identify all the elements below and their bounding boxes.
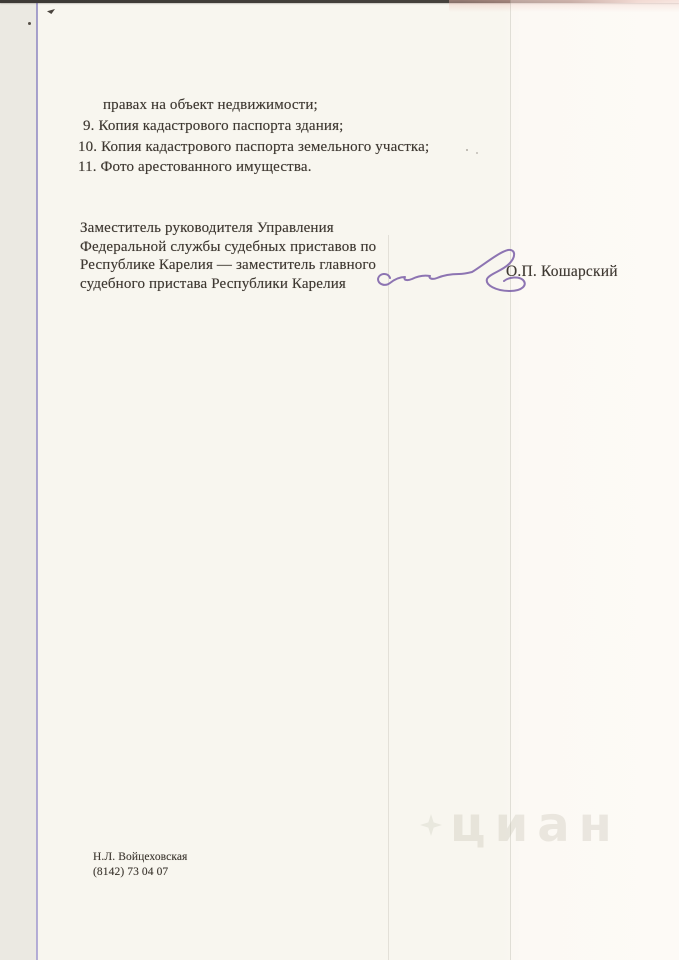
page-edge-line	[36, 0, 38, 960]
signatory-title-line-1: Заместитель руководителя Управления	[80, 219, 376, 238]
contact-name: Н.Л. Войцеховская	[93, 850, 187, 865]
ink-speck-dot	[28, 22, 31, 25]
ink-speck-small-2	[476, 152, 478, 154]
signatory-title-line-3: Республике Карелия — заместитель главног…	[80, 256, 376, 275]
contact-phone: (8142) 73 04 07	[93, 865, 187, 880]
watermark-text: циан	[450, 797, 621, 853]
watermark-flower-icon	[420, 814, 442, 836]
list-continuation-line: правах на объект недвижимости;	[103, 95, 318, 116]
signer-name: О.П. Кошарский	[506, 263, 618, 281]
list-item-11: 11. Фото арестованного имущества.	[78, 157, 312, 178]
watermark: циан	[420, 797, 621, 853]
list-item-9: 9. Копия кадастрового паспорта здания;	[83, 116, 343, 137]
scan-streak-line	[388, 235, 389, 960]
list-item-10: 10. Копия кадастрового паспорта земельно…	[78, 137, 429, 158]
ink-speck-arrow	[47, 9, 55, 14]
signatory-title-line-4: судебного пристава Республики Карелия	[80, 275, 376, 294]
scanner-left-margin	[0, 0, 37, 960]
scanned-document-page: правах на объект недвижимости; 9. Копия …	[0, 0, 679, 960]
ink-speck-small-1	[466, 149, 468, 151]
signatory-title-line-2: Федеральной службы судебных приставов по	[80, 238, 376, 257]
signatory-title-block: Заместитель руководителя Управления Феде…	[80, 219, 376, 294]
contact-block: Н.Л. Войцеховская (8142) 73 04 07	[93, 850, 187, 879]
